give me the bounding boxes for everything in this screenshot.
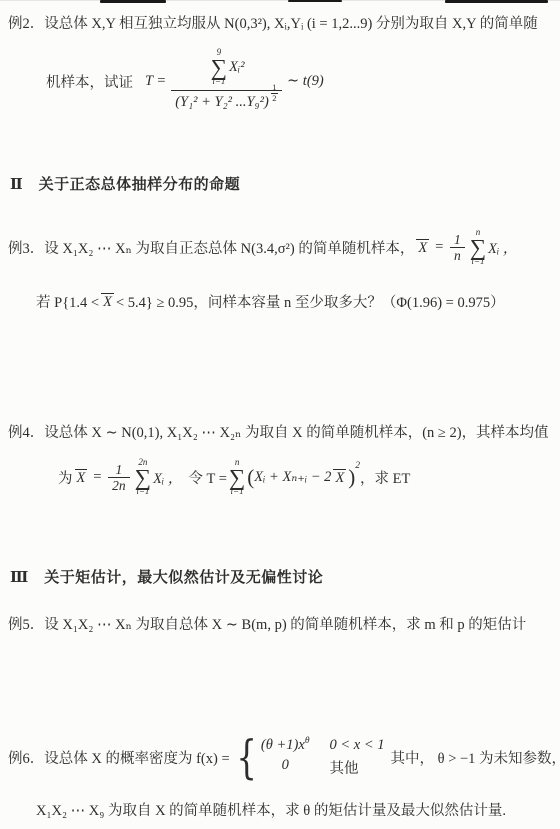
scan-artifact xyxy=(445,0,548,3)
formula-lead: 为 xyxy=(58,467,73,488)
fraction-numerator: 9 ∑ i=1 Xᵢ² xyxy=(195,48,259,90)
t-equals: T = xyxy=(145,73,166,90)
equals-sign: = xyxy=(92,469,102,486)
sigma-icon: ∑ xyxy=(211,58,227,78)
sigma-icon: ∑ xyxy=(135,468,151,488)
sum-expression: Xᵢ + Xₙ₊ᵢ − 2 xyxy=(254,469,331,486)
section-2-heading: Ⅱ 关于正态总体抽样分布的命题 xyxy=(10,173,240,194)
example-3-line-1: 例3．设 X₁X₂ ⋯ Xₙ 为取自正态总体 N(3.4,σ²) 的简单随机样本… xyxy=(8,228,517,267)
example-2-formula: 机样本，试证 T = 9 ∑ i=1 Xᵢ² (Y₁² + Y₂² ...Y₉²… xyxy=(46,48,324,115)
case-2-expression: 0 xyxy=(261,757,310,778)
case-1-condition: 0 < x < 1 xyxy=(329,737,384,754)
sum-lower-limit: i=1 xyxy=(471,257,484,267)
example-6-line-2: X₁X₂ ⋯ X₉ 为取自 X 的简单随机样本，求 θ 的矩估计量及最大似然估计… xyxy=(36,799,506,820)
equals-sign: = xyxy=(434,239,444,256)
x-bar: X xyxy=(333,469,346,486)
fraction-denominator: (Y₁² + Y₂² ...Y₉²) 1 2 xyxy=(171,90,282,115)
one-over-2n-fraction: 1 2n xyxy=(108,462,130,494)
sigma-icon: ∑ xyxy=(229,468,245,488)
x-bar: X xyxy=(75,469,88,486)
sigma-icon: ∑ xyxy=(470,238,486,258)
sum-term: Xᵢ ， xyxy=(488,237,517,258)
distribution-result: ∼ t(9) xyxy=(287,73,324,90)
example-2-formula-lead: 机样本，试证 xyxy=(46,71,133,92)
sum-symbol: 9 ∑ i=1 xyxy=(211,48,227,87)
document-page: 例2．设总体 X,Y 相互独立均服从 N(0,3²), Xᵢ,Yᵢ (i = 1… xyxy=(0,0,560,829)
one-half-exponent: 1 2 xyxy=(271,83,278,104)
example-3-line-2: 若 P{1.4 < X < 5.4} ≥ 0.95，问样本容量 n 至少取多大？… xyxy=(36,291,505,312)
fraction-denominator: n xyxy=(450,247,465,264)
sum-lower-limit: i=1 xyxy=(136,487,149,497)
section-2-title: Ⅱ 关于正态总体抽样分布的命题 xyxy=(10,177,240,193)
scan-artifact xyxy=(100,0,166,3)
scan-artifact xyxy=(288,0,342,2)
sum-symbol: n ∑ i=1 xyxy=(470,228,486,267)
section-3-heading: Ⅲ 关于矩估计，最大似然估计及无偏性讨论 xyxy=(10,566,323,587)
example-2-line-1: 例2．设总体 X,Y 相互独立均服从 N(0,3²), Xᵢ,Yᵢ (i = 1… xyxy=(8,12,538,33)
case-2-condition: 其他 xyxy=(329,757,384,778)
exponent-numerator: 1 xyxy=(272,83,276,93)
fraction: 9 ∑ i=1 Xᵢ² (Y₁² + Y₂² ...Y₉²) 1 2 xyxy=(171,48,282,115)
example-4-text: 例4．设总体 X ∼ N(0,1), X₁X₂ ⋯ X₂ₙ 为取自 X 的简单随… xyxy=(8,425,549,441)
example-6-tail: 其中， θ > −1 为未知参数， xyxy=(391,747,560,768)
section-3-title: Ⅲ 关于矩估计，最大似然估计及无偏性讨论 xyxy=(10,570,323,586)
sum-lower-limit: i=1 xyxy=(231,487,244,497)
brace-icon: { xyxy=(236,738,256,777)
theta-exponent: θ xyxy=(305,736,310,746)
x-bar: X xyxy=(416,239,429,256)
denominator-body: (Y₁² + Y₂² ...Y₉²) xyxy=(175,94,269,111)
example-2-text: 例2．设总体 X,Y 相互独立均服从 N(0,3²), Xᵢ,Yᵢ (i = 1… xyxy=(8,16,538,32)
probability-condition-right: < 5.4} ≥ 0.95，问样本容量 n 至少取多大？（Φ(1.96) = 0… xyxy=(116,291,505,312)
example-6-question: X₁X₂ ⋯ X₉ 为取自 X 的简单随机样本，求 θ 的矩估计量及最大似然估计… xyxy=(36,803,506,819)
example-3-text: 例3．设 X₁X₂ ⋯ Xₙ 为取自正态总体 N(3.4,σ²) 的简单随机样本… xyxy=(8,237,414,258)
example-6-line-1: 例6．设总体 X 的概率密度为 f(x) = { (θ +1)xθ 0 < x … xyxy=(8,737,560,778)
fraction-numerator: 1 xyxy=(112,462,127,478)
squared-exponent: 2 xyxy=(355,461,360,471)
x-bar: X xyxy=(101,293,114,310)
fraction-denominator: 2n xyxy=(108,477,130,494)
let-T-equals: 令 T = xyxy=(188,467,227,488)
example-6-lead: 例6．设总体 X 的概率密度为 f(x) = xyxy=(8,747,230,768)
sum-term: Xᵢ ， xyxy=(153,467,182,488)
example-5-text: 例5．设 X₁X₂ ⋯ Xₙ 为取自总体 X ∼ B(m, p) 的简单随机样本… xyxy=(8,617,526,633)
one-over-n-fraction: 1 n xyxy=(450,232,465,264)
piecewise-function: { (θ +1)xθ 0 < x < 1 0 其他 xyxy=(230,737,391,778)
find-ET: ，求 ET xyxy=(360,467,410,488)
probability-condition-left: 若 P{1.4 < xyxy=(36,291,99,312)
exponent-denominator: 2 xyxy=(271,93,278,104)
sum-term: Xᵢ² xyxy=(229,59,245,76)
sum-symbol: 2n ∑ i=1 xyxy=(135,458,151,497)
cases-grid: (θ +1)xθ 0 < x < 1 0 其他 xyxy=(261,737,385,778)
sum-symbol: n ∑ i=1 xyxy=(229,458,245,497)
sum-lower-limit: i=1 xyxy=(212,77,225,87)
case-1-expression: (θ +1)xθ xyxy=(261,737,310,754)
example-5-line-1: 例5．设 X₁X₂ ⋯ Xₙ 为取自总体 X ∼ B(m, p) 的简单随机样本… xyxy=(8,613,526,634)
example-4-line-1: 例4．设总体 X ∼ N(0,1), X₁X₂ ⋯ X₂ₙ 为取自 X 的简单随… xyxy=(8,421,549,442)
close-paren: ) xyxy=(348,467,355,488)
fraction-numerator: 1 xyxy=(450,232,465,248)
example-4-formula: 为 X = 1 2n 2n ∑ i=1 Xᵢ ， 令 T = n ∑ i=1 (… xyxy=(58,458,410,497)
